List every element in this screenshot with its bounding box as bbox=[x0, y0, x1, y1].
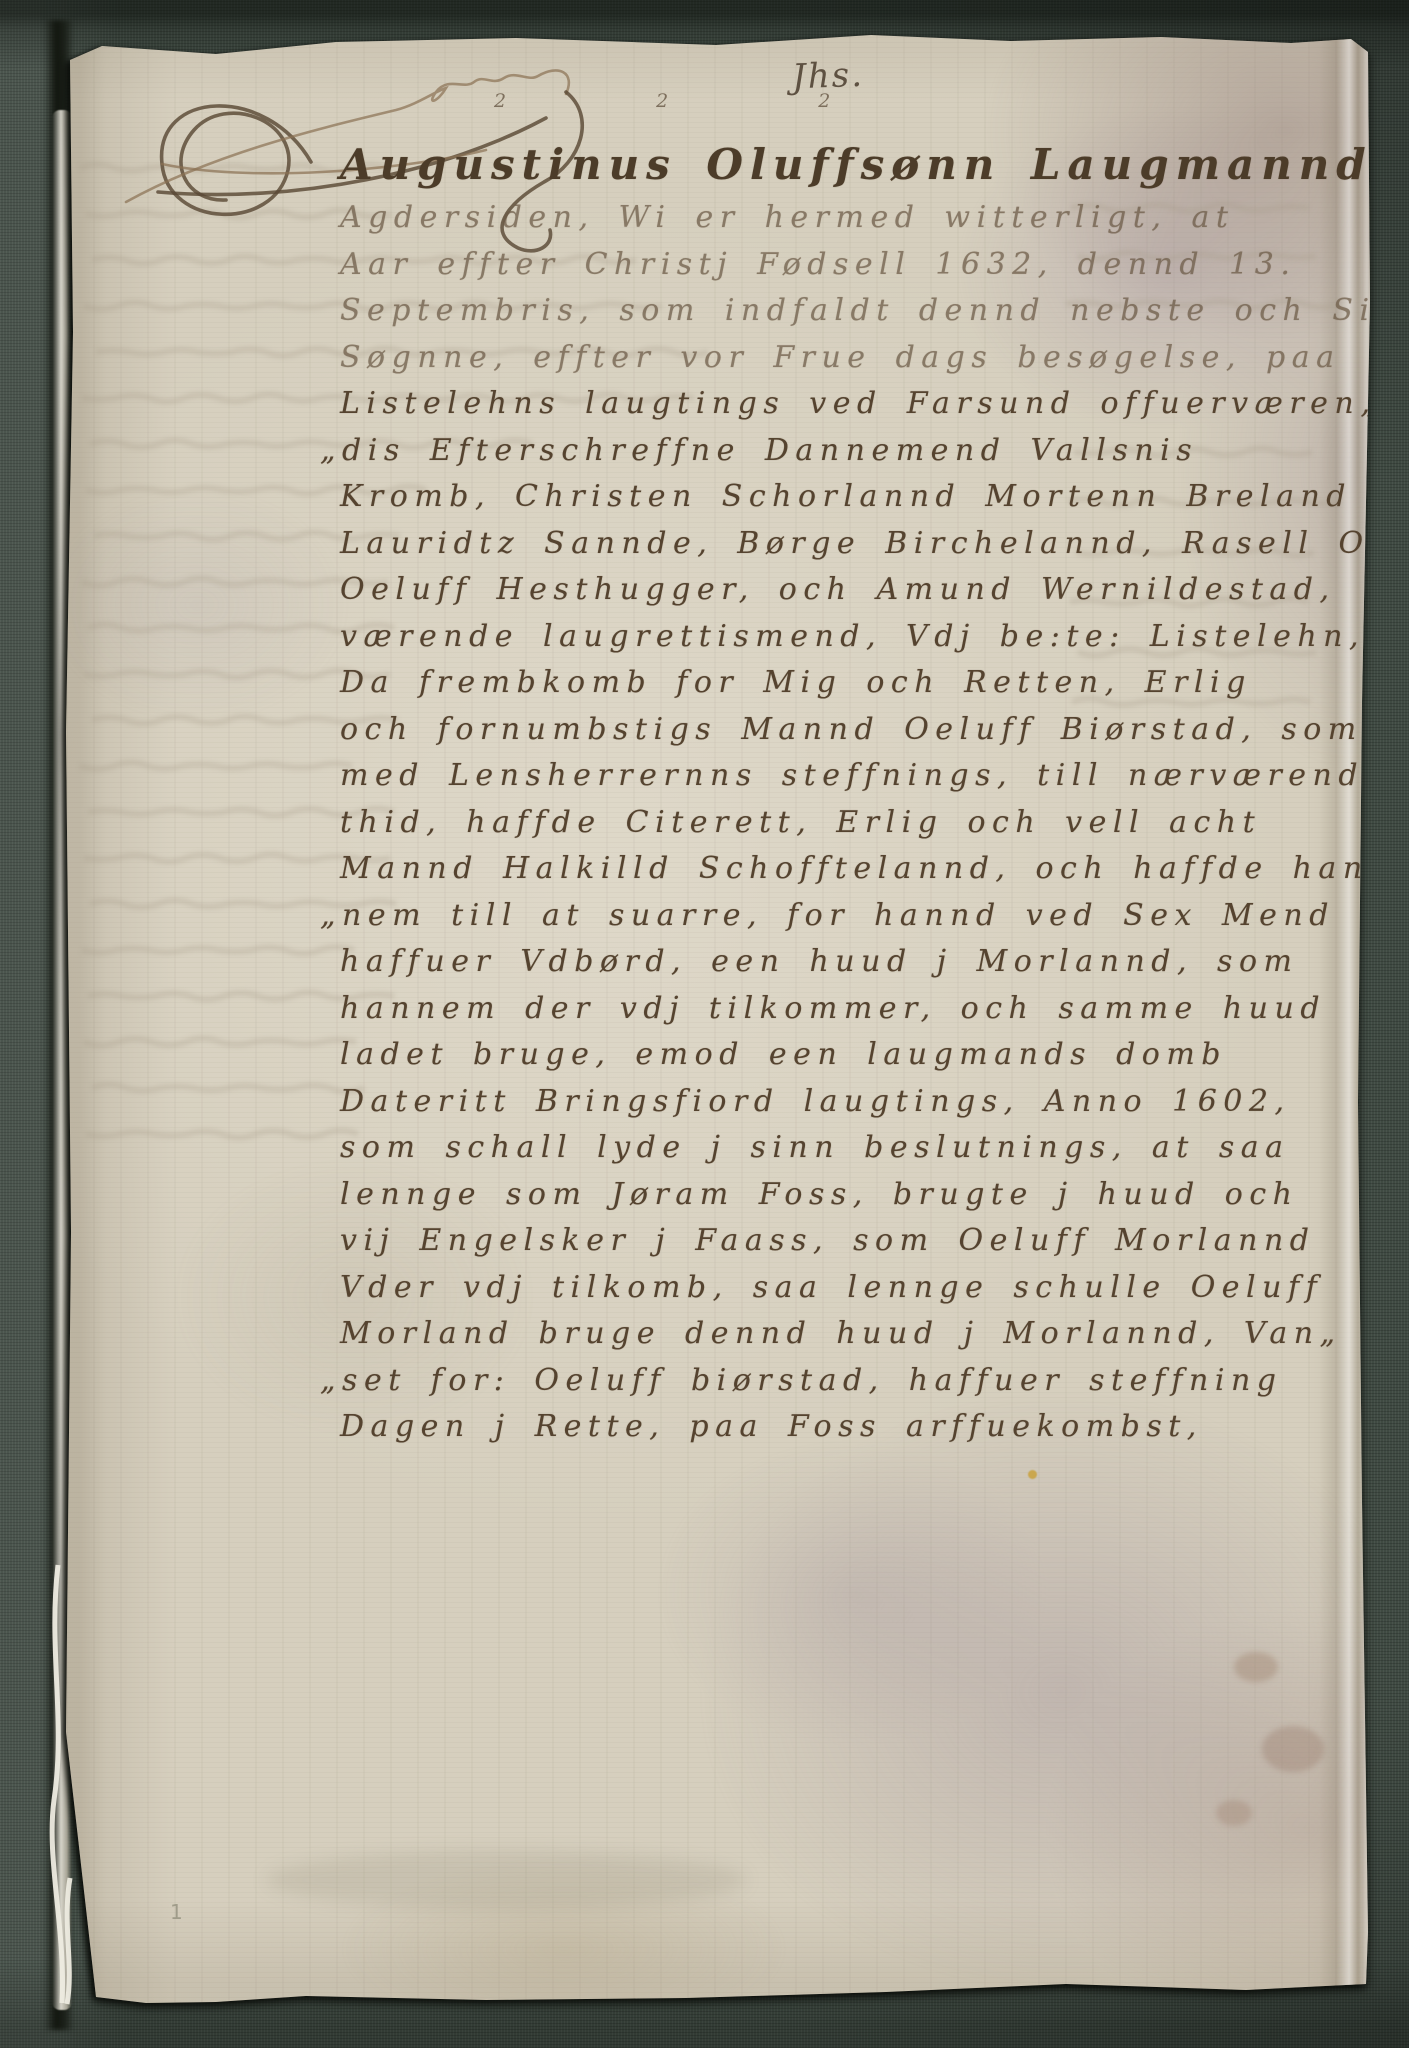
manuscript-line: „dis Efterschreffne Dannemend Vallsnis bbox=[320, 433, 1350, 480]
stain-spot bbox=[1234, 1652, 1278, 1682]
archival-manuscript-scan: Jhs. 2 2 2 Augustinus Oluffsønn Laugmann… bbox=[0, 0, 1409, 2048]
manuscript-line: Aar effter Christj Fødsell 1632, dennd 1… bbox=[340, 247, 1350, 294]
manuscript-line: vij Engelsker j Faass, som Oeluff Morlan… bbox=[340, 1223, 1350, 1270]
manuscript-line: Lauridtz Sannde, Børge Birchelannd, Rase… bbox=[340, 526, 1350, 573]
manuscript-line: „nem till at suarre, for hannd ved Sex M… bbox=[320, 898, 1350, 945]
manuscript-line: „set for: Oeluff biørstad, haffuer steff… bbox=[320, 1363, 1350, 1410]
manuscript-line: Septembris, som indfaldt dennd nebste oc… bbox=[340, 293, 1350, 340]
manuscript-line: med Lensherrernns steffnings, till nærvæ… bbox=[340, 758, 1350, 805]
manuscript-line: Da frembkomb for Mig och Retten, Erlig bbox=[340, 665, 1350, 712]
page-wrap: Jhs. 2 2 2 Augustinus Oluffsønn Laugmann… bbox=[0, 0, 1409, 2048]
manuscript-text: Augustinus Oluffsønn Laugmannd paaAgders… bbox=[340, 136, 1350, 1456]
superscript-marks: 2 2 2 bbox=[494, 90, 902, 112]
manuscript-line: haffuer Vdbørd, een huud j Morlannd, som bbox=[340, 944, 1350, 991]
manuscript-line: lennge som Jøram Foss, brugte j huud och bbox=[340, 1177, 1350, 1224]
manuscript-line: Dateritt Bringsfiord laugtings, Anno 160… bbox=[340, 1084, 1350, 1131]
manuscript-line: Oeluff Hesthugger, och Amund Wernildesta… bbox=[340, 572, 1350, 619]
manuscript-line: Listelehns laugtings ved Farsund offuerv… bbox=[340, 386, 1350, 433]
manuscript-line: Søgnne, effter vor Frue dags besøgelse, … bbox=[340, 340, 1350, 387]
manuscript-page: Jhs. 2 2 2 Augustinus Oluffsønn Laugmann… bbox=[66, 32, 1376, 2008]
manuscript-line: værende laugrettismend, Vdj be:te: Liste… bbox=[340, 619, 1350, 666]
manuscript-line: hannem der vdj tilkommer, och samme huud bbox=[340, 991, 1350, 1038]
folio-number-pencil: 1 bbox=[170, 1900, 183, 1924]
wax-speck bbox=[1028, 1470, 1037, 1479]
manuscript-line: thid, haffde Citerett, Erlig och vell ac… bbox=[340, 805, 1350, 852]
manuscript-line: och fornumbstigs Mannd Oeluff Biørstad, … bbox=[340, 712, 1350, 759]
manuscript-line: Augustinus Oluffsønn Laugmannd paa bbox=[340, 136, 1350, 200]
manuscript-line: Mannd Halkilld Schofftelannd, och haffde… bbox=[340, 851, 1350, 898]
stain-spot bbox=[1262, 1726, 1324, 1772]
manuscript-line: som schall lyde j sinn beslutnings, at s… bbox=[340, 1130, 1350, 1177]
stain-spot bbox=[1216, 1800, 1252, 1826]
manuscript-line: Kromb, Christen Schorlannd Mortenn Brela… bbox=[340, 479, 1350, 526]
bottom-smudge bbox=[266, 1850, 746, 1910]
manuscript-line: ladet bruge, emod een laugmands domb bbox=[340, 1037, 1350, 1084]
manuscript-line: Agdersiden, Wi er hermed witterligt, at bbox=[340, 200, 1350, 247]
manuscript-line: Dagen j Rette, paa Foss arffuekombst, bbox=[340, 1409, 1350, 1456]
manuscript-line: Vder vdj tilkomb, saa lennge schulle Oel… bbox=[340, 1270, 1350, 1317]
manuscript-line: Morland bruge dennd huud j Morlannd, Van… bbox=[340, 1316, 1350, 1363]
